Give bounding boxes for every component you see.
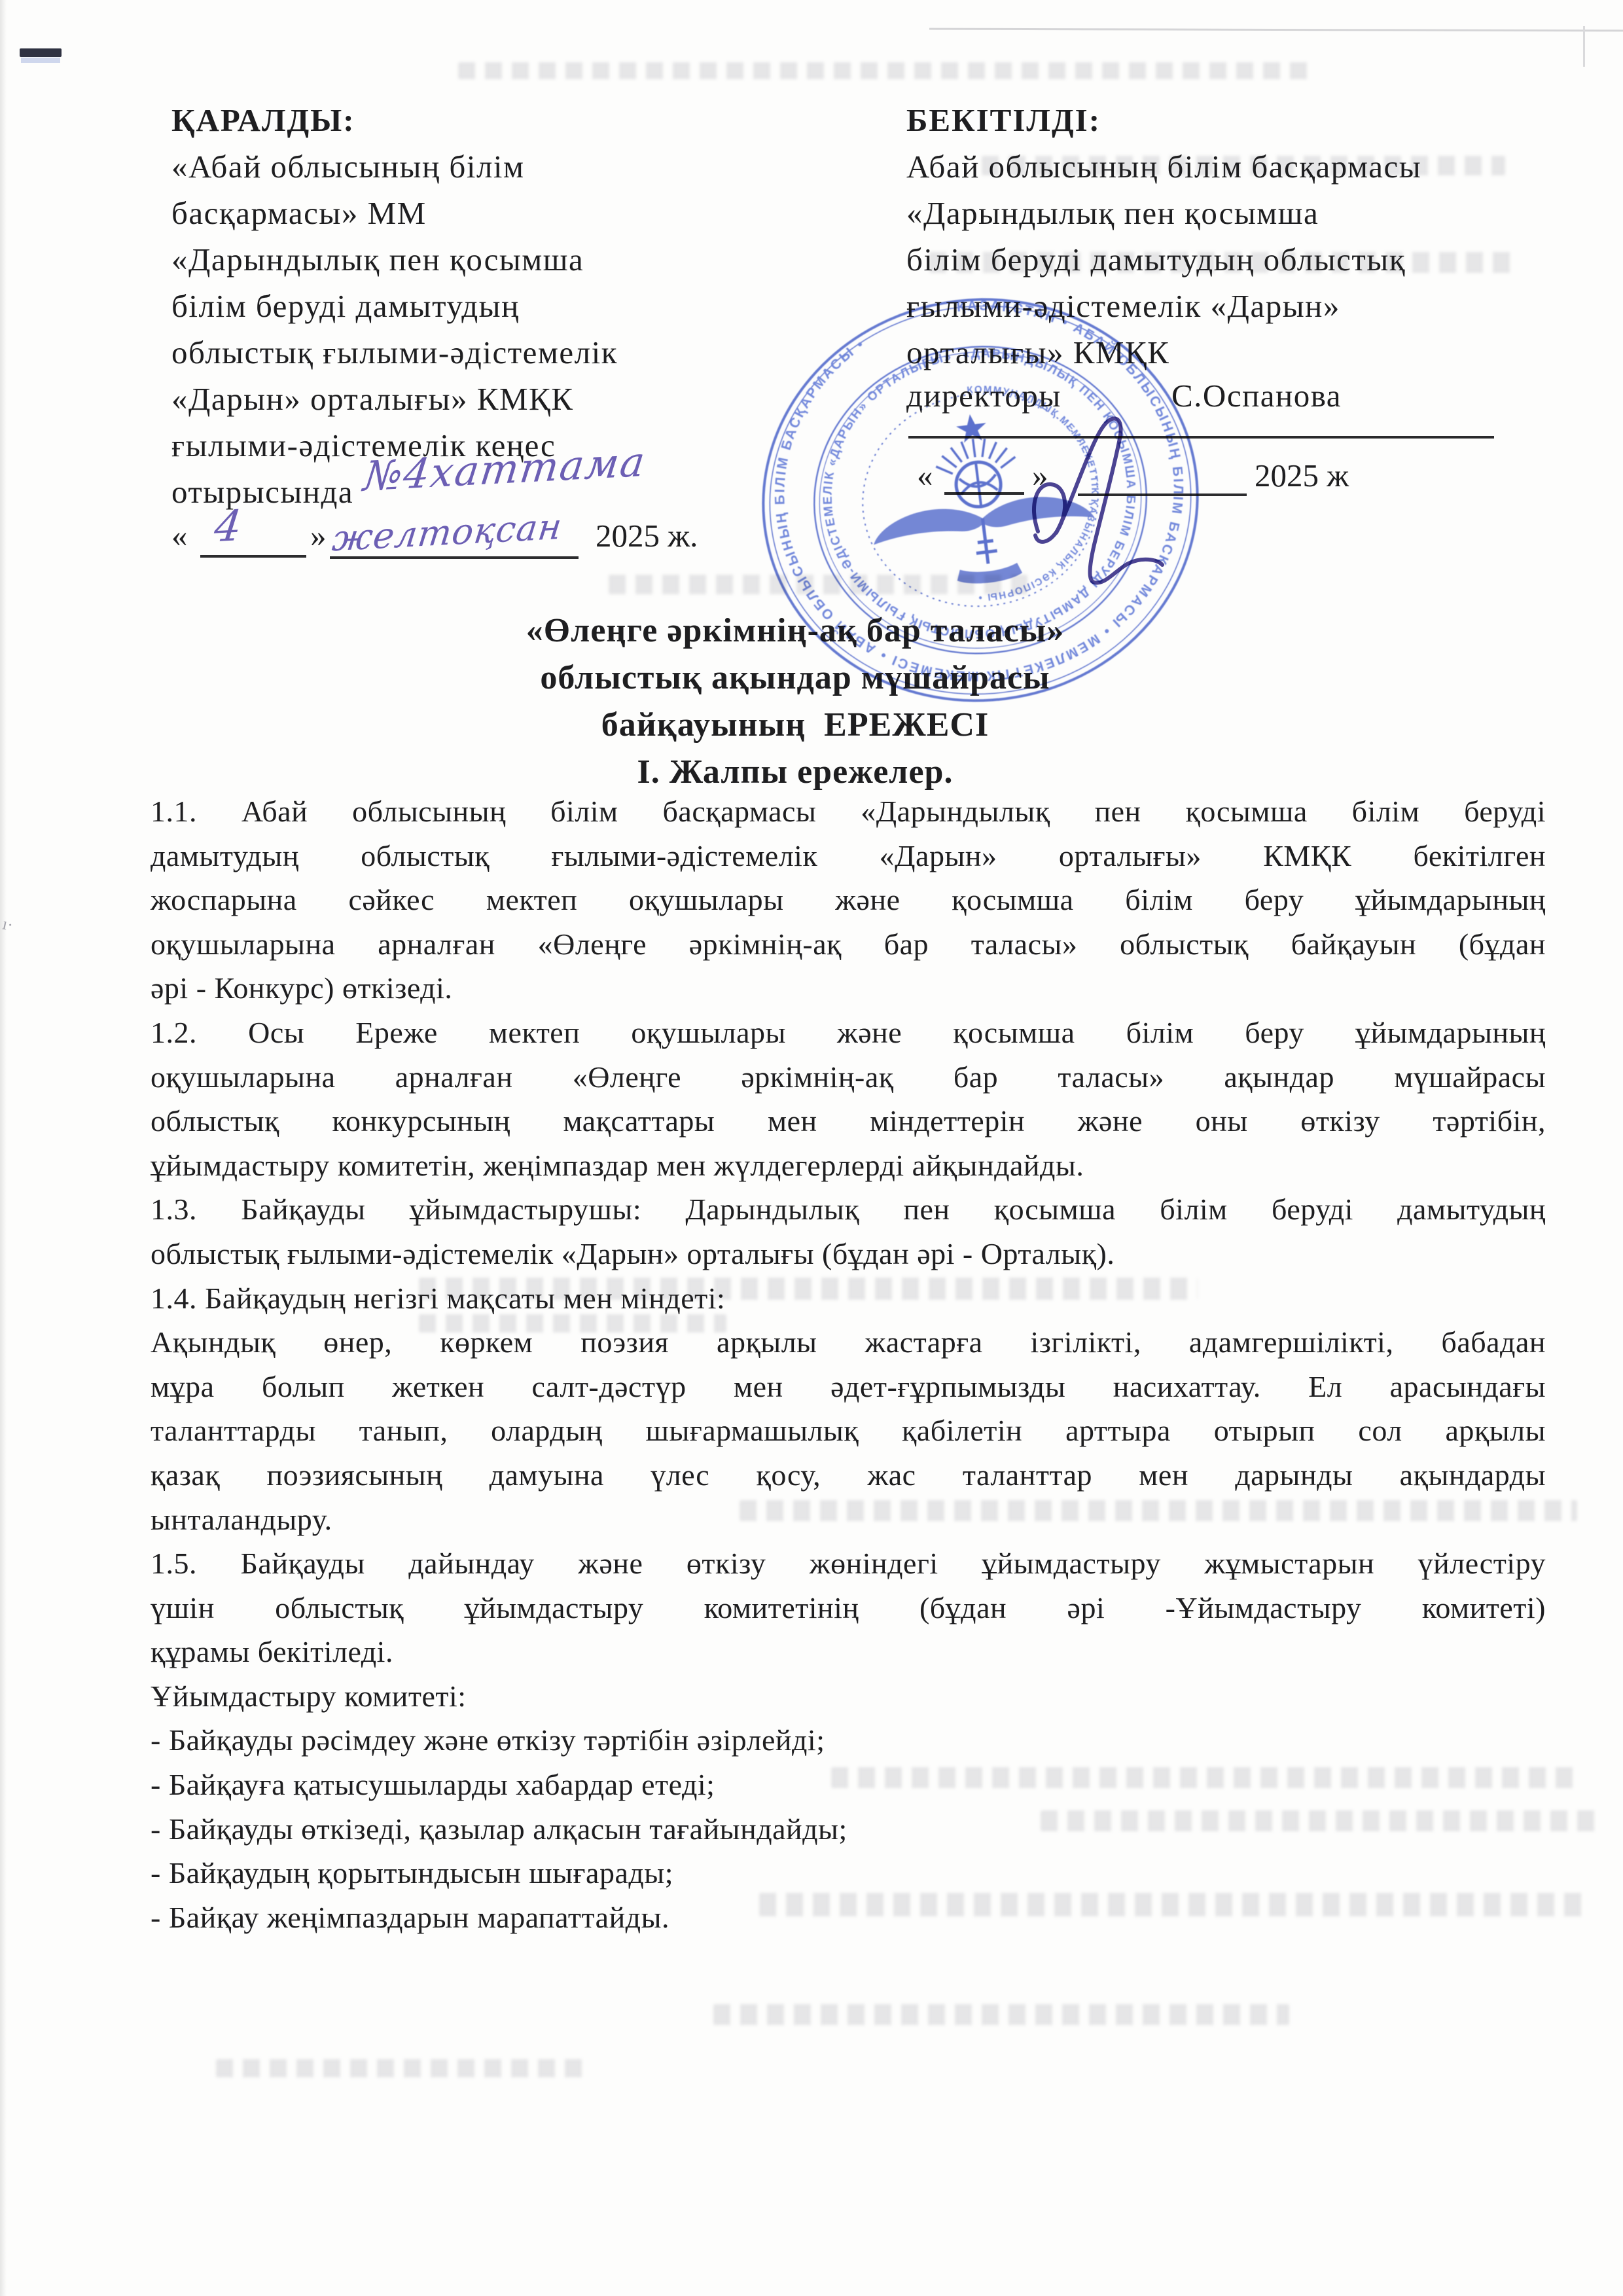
body-line: оқушыларына арналған «Өлеңге әркімнің-ақ… bbox=[151, 1055, 1546, 1100]
scan-edge-line bbox=[1583, 26, 1585, 67]
body-line: - Байқауды өткізеді, қазылар алқасын тағ… bbox=[151, 1807, 1546, 1852]
body-line: - Байқауды рәсімдеу және өткізу тәртібін… bbox=[151, 1718, 1546, 1763]
body-line: Ақындық өнер, көркем поэзия арқылы жаста… bbox=[151, 1320, 1546, 1365]
approved-heading: БЕКІТІЛДІ: bbox=[906, 97, 1610, 143]
body-line: - Байқау жеңімпаздарын марапаттайды. bbox=[151, 1895, 1546, 1940]
body-line: облыстық конкурсының мақсаттары мен мінд… bbox=[151, 1099, 1546, 1143]
scan-corner-mark bbox=[20, 48, 62, 57]
header-left-line: «Дарындылық пен қосымша bbox=[171, 236, 832, 283]
body-line: мұра болып жеткен салт-дәстүр мен әдет-ғ… bbox=[151, 1365, 1546, 1409]
bleedthrough-artifact bbox=[216, 2059, 582, 2077]
body-line: жоспарына сәйкес мектеп оқушылары және қ… bbox=[151, 878, 1546, 922]
body-line: 1.3. Байқауды ұйымдастырушы: Дарындылық … bbox=[151, 1187, 1546, 1232]
bleedthrough-artifact bbox=[458, 62, 1309, 79]
body-line: ұйымдастыру комитетін, жеңімпаздар мен ж… bbox=[151, 1143, 1546, 1188]
scanned-document-page: ı· ҚАРАЛДЫ: «Абай облысының білімбасқарм… bbox=[0, 0, 1623, 2296]
body-line: 1.2. Осы Ереже мектеп оқушылары және қос… bbox=[151, 1011, 1546, 1055]
reviewed-heading: ҚАРАЛДЫ: bbox=[171, 97, 832, 143]
scan-edge-line bbox=[929, 28, 1623, 32]
header-left-line: «Абай облысының білім bbox=[171, 143, 832, 190]
body-line: 1.4. Байқаудың негізгі мақсаты мен мінде… bbox=[151, 1276, 1546, 1321]
bleedthrough-artifact bbox=[713, 2004, 1289, 2025]
year-label: 2025 ж. bbox=[596, 517, 698, 554]
body-line: - Байқауға қатысушыларды хабардар етеді; bbox=[151, 1763, 1546, 1807]
body-line: - Байқаудың қорытындысын шығарады; bbox=[151, 1851, 1546, 1895]
body-line: үшін облыстық ұйымдастыру комитетінің (б… bbox=[151, 1586, 1546, 1630]
header-right-line: Абай облысының білім басқармасы bbox=[906, 143, 1610, 190]
body-line: дамытудың облыстық ғылыми-әдістемелік «Д… bbox=[151, 834, 1546, 878]
open-quote: « bbox=[171, 517, 188, 554]
scan-corner-mark bbox=[21, 58, 60, 63]
header-left-line: басқармасы» ММ bbox=[171, 190, 832, 236]
body-line: 1.5. Байқауды дайындау және өткізу жөнін… bbox=[151, 1541, 1546, 1586]
director-signature bbox=[1013, 407, 1196, 610]
body-line: 1.1. Абай облысының білім басқармасы «Да… bbox=[151, 789, 1546, 834]
body-line: облыстық ғылыми-әдістемелік «Дарын» орта… bbox=[151, 1232, 1546, 1276]
body-line: таланттарды танып, олардың шығармашылық … bbox=[151, 1408, 1546, 1453]
header-left-line: «Дарын» орталығы» КМҚК bbox=[171, 376, 832, 422]
header-right-line: білім беруді дамытудың облыстық bbox=[906, 236, 1610, 283]
body-line: құрамы бекітіледі. bbox=[151, 1630, 1546, 1674]
body-line: Ұйымдастыру комитеті: bbox=[151, 1674, 1546, 1719]
body-line: оқушыларына арналған «Өлеңге әркімнің-ақ… bbox=[151, 922, 1546, 967]
body-line: қазақ поэзиясының дамуына үлес қосу, жас… bbox=[151, 1453, 1546, 1498]
body-line: әрі - Конкурс) өткізеді. bbox=[151, 966, 1546, 1011]
header-right-line: «Дарындылық пен қосымша bbox=[906, 190, 1610, 236]
body-text: 1.1. Абай облысының білім басқармасы «Да… bbox=[151, 789, 1546, 1939]
scan-edge-shadow bbox=[0, 0, 7, 2296]
year-label: 2025 ж bbox=[1255, 457, 1349, 494]
day-blank-line bbox=[200, 555, 306, 558]
body-line: ынталандыру. bbox=[151, 1498, 1546, 1542]
close-quote: » bbox=[310, 517, 327, 554]
